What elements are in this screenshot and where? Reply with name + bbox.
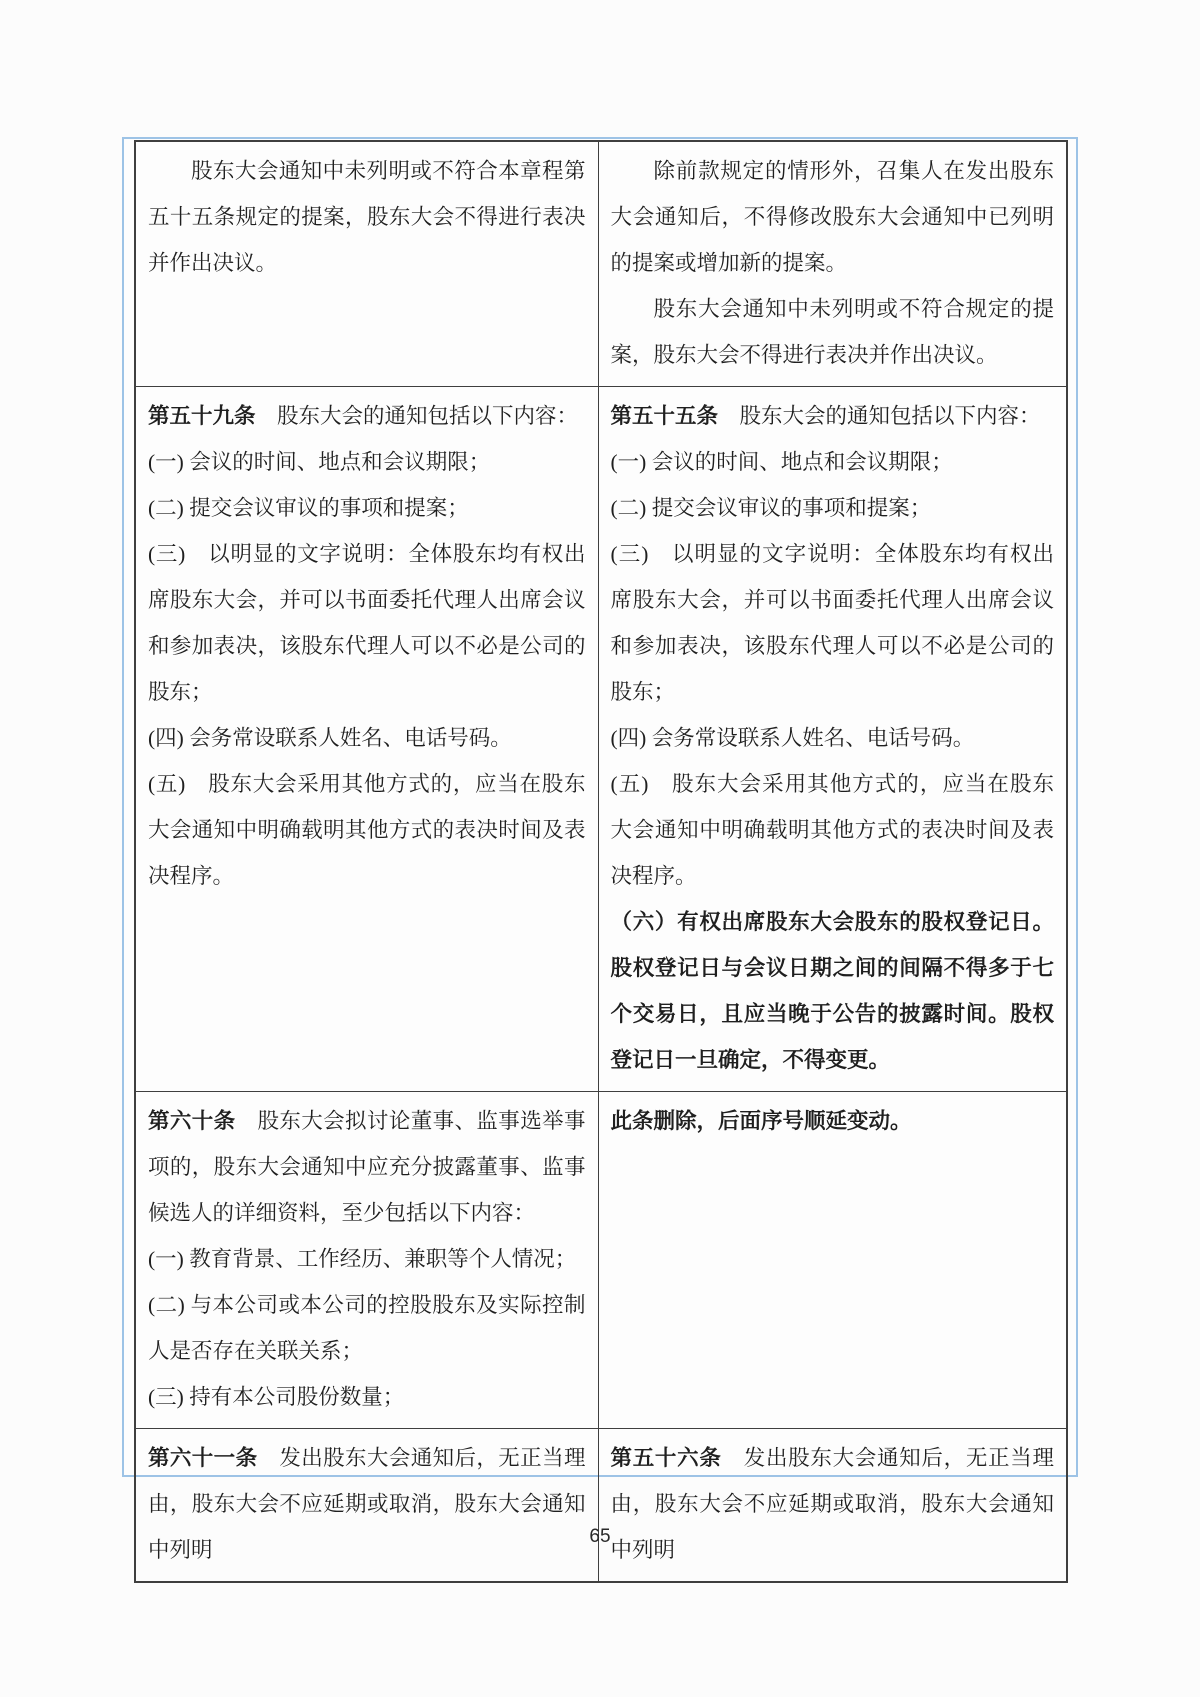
old-article-cell: 第六十一条 发出股东大会通知后，无正当理由，股东大会不应延期或取消，股东大会通知… [135, 1429, 598, 1583]
new-article-cell: 第五十五条 股东大会的通知包括以下内容：(一) 会议的时间、地点和会议期限；(二… [598, 387, 1067, 1092]
table-row: 第六十一条 发出股东大会通知后，无正当理由，股东大会不应延期或取消，股东大会通知… [135, 1429, 1067, 1583]
old-article-cell: 第五十九条 股东大会的通知包括以下内容：(一) 会议的时间、地点和会议期限；(二… [135, 387, 598, 1092]
article-number: 第六十一条 [148, 1446, 257, 1470]
comparison-table-body: 股东大会通知中未列明或不符合本章程第五十五条规定的提案，股东大会不得进行表决并作… [135, 141, 1067, 1582]
paragraph: (四) 会务常设联系人姓名、电话号码。 [611, 715, 1055, 761]
article-number: 第五十九条 [148, 404, 256, 428]
paragraph: (二) 与本公司或本公司的控股股东及实际控制人是否存在关联关系； [148, 1282, 586, 1374]
paragraph: 除前款规定的情形外，召集人在发出股东大会通知后，不得修改股东大会通知中已列明的提… [611, 148, 1055, 286]
new-article-cell: 第五十六条 发出股东大会通知后，无正当理由，股东大会不应延期或取消，股东大会通知… [598, 1429, 1067, 1583]
document-page: { "page": { "number": "65" }, "colors": … [0, 0, 1200, 1697]
new-article-cell: 除前款规定的情形外，召集人在发出股东大会通知后，不得修改股东大会通知中已列明的提… [598, 141, 1067, 387]
old-article-cell: 第六十条 股东大会拟讨论董事、监事选举事项的，股东大会通知中应充分披露董事、监事… [135, 1092, 598, 1429]
paragraph: (一) 教育背景、工作经历、兼职等个人情况； [148, 1236, 586, 1282]
paragraph: 第六十一条 发出股东大会通知后，无正当理由，股东大会不应延期或取消，股东大会通知… [148, 1435, 586, 1573]
article-number: 第五十五条 [611, 404, 719, 428]
table-row: 第五十九条 股东大会的通知包括以下内容：(一) 会议的时间、地点和会议期限；(二… [135, 387, 1067, 1092]
paragraph: 股东大会通知中未列明或不符合规定的提案，股东大会不得进行表决并作出决议。 [611, 286, 1055, 378]
paragraph: (二) 提交会议审议的事项和提案； [148, 485, 586, 531]
paragraph: (一) 会议的时间、地点和会议期限； [148, 439, 586, 485]
article-number: 第五十六条 [611, 1446, 722, 1470]
table-row: 第六十条 股东大会拟讨论董事、监事选举事项的，股东大会通知中应充分披露董事、监事… [135, 1092, 1067, 1429]
paragraph: (一) 会议的时间、地点和会议期限； [611, 439, 1055, 485]
article-number: 第六十条 [148, 1109, 236, 1133]
paragraph: （六）有权出席股东大会股东的股权登记日。股权登记日与会议日期之间的间隔不得多于七… [611, 899, 1055, 1083]
comparison-table: 股东大会通知中未列明或不符合本章程第五十五条规定的提案，股东大会不得进行表决并作… [134, 140, 1068, 1583]
table-row: 股东大会通知中未列明或不符合本章程第五十五条规定的提案，股东大会不得进行表决并作… [135, 141, 1067, 387]
page-number: 65 [0, 1526, 1200, 1548]
paragraph: 第六十条 股东大会拟讨论董事、监事选举事项的，股东大会通知中应充分披露董事、监事… [148, 1098, 586, 1236]
paragraph: (二) 提交会议审议的事项和提案； [611, 485, 1055, 531]
page-frame: 股东大会通知中未列明或不符合本章程第五十五条规定的提案，股东大会不得进行表决并作… [122, 137, 1078, 1477]
paragraph: (三) 持有本公司股份数量； [148, 1374, 586, 1420]
paragraph: (五) 股东大会采用其他方式的，应当在股东大会通知中明确载明其他方式的表决时间及… [148, 761, 586, 899]
old-article-cell: 股东大会通知中未列明或不符合本章程第五十五条规定的提案，股东大会不得进行表决并作… [135, 141, 598, 387]
paragraph: 第五十六条 发出股东大会通知后，无正当理由，股东大会不应延期或取消，股东大会通知… [611, 1435, 1055, 1573]
new-article-cell: 此条删除，后面序号顺延变动。 [598, 1092, 1067, 1429]
paragraph: (五) 股东大会采用其他方式的，应当在股东大会通知中明确载明其他方式的表决时间及… [611, 761, 1055, 899]
paragraph: (四) 会务常设联系人姓名、电话号码。 [148, 715, 586, 761]
paragraph: 股东大会通知中未列明或不符合本章程第五十五条规定的提案，股东大会不得进行表决并作… [148, 148, 586, 286]
paragraph: 此条删除，后面序号顺延变动。 [611, 1098, 1055, 1144]
paragraph: (三) 以明显的文字说明：全体股东均有权出席股东大会，并可以书面委托代理人出席会… [148, 531, 586, 715]
paragraph: (三) 以明显的文字说明：全体股东均有权出席股东大会，并可以书面委托代理人出席会… [611, 531, 1055, 715]
paragraph: 第五十五条 股东大会的通知包括以下内容： [611, 393, 1055, 439]
paragraph: 第五十九条 股东大会的通知包括以下内容： [148, 393, 586, 439]
